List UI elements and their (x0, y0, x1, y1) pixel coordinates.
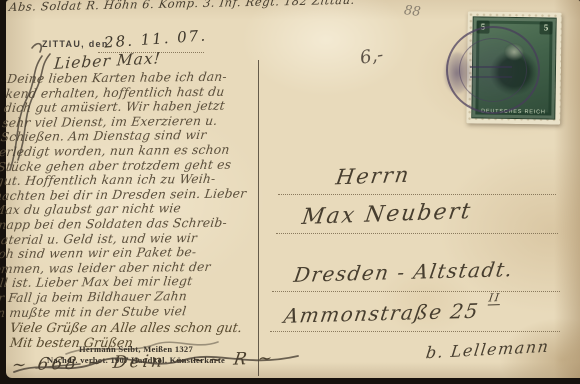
address-honorific: Herrn (334, 163, 412, 190)
dateline-crossing-stroke (32, 44, 41, 52)
postmark-circle (446, 26, 540, 114)
dateline-date: 28. 11. 07. (103, 26, 207, 51)
message-lines: Deine lieben Karten habe ich dan-kend er… (0, 69, 260, 320)
copyright-notice: Nachdr. verbot. 1907 Handkol. Künstlerka… (26, 355, 246, 365)
address-rule-4 (270, 331, 560, 332)
postcard-back: Abs. Soldat R. Höhn 6. Komp. 3. Inf. Reg… (6, 0, 580, 378)
address-name: Max Neubert (300, 199, 473, 230)
address-rule-1 (278, 194, 556, 195)
postmark-date-bars (470, 66, 512, 78)
address-street-text: Ammonstraße 25 (282, 299, 481, 328)
address-rule-2 (276, 233, 558, 234)
address-rule-3 (272, 291, 560, 292)
address-care-of: b. Lellemann (425, 337, 551, 363)
sender-line: Abs. Soldat R. Höhn 6. Komp. 3. Inf. Reg… (8, 0, 356, 14)
publisher-imprint: Hermann Seibt, Meißen 1327 (46, 344, 226, 354)
pencil-catalog-note: 88 (403, 3, 421, 20)
divider-line (258, 60, 259, 376)
postmark-ink-smudge (444, 52, 470, 94)
pencil-price-note: 6,- (358, 44, 385, 69)
message-salutation: Lieber Max! (53, 49, 161, 73)
message-closing-greeting: Viele Grüße an Alle alles schon gut. (9, 321, 243, 336)
stamp-value-right: 5 (539, 21, 552, 34)
address-floor-superscript: II (488, 291, 502, 305)
postcard-scan: Abs. Soldat R. Höhn 6. Komp. 3. Inf. Reg… (0, 0, 580, 384)
address-street: Ammonstraße 25 II (282, 298, 500, 328)
dateline-printed: ZITTAU, den (42, 39, 109, 49)
address-city: Dresden - Altstadt. (292, 257, 515, 287)
message-line: nun mußte mit in der Stube viel (0, 303, 234, 320)
